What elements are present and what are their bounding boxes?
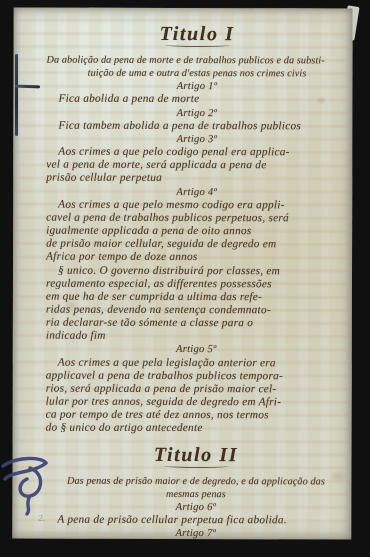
- manuscript-line: vel a pena de morte, será applicada a pe…: [46, 159, 347, 173]
- manuscript-line: lular por tres annos, seguida de degredo…: [46, 396, 347, 410]
- manuscript-line: applicavel a pena de trabalhos publicos …: [46, 369, 347, 383]
- manuscript-line: Aos crimes a que pelo mesmo codigo era a…: [46, 198, 347, 212]
- manuscript-line: ca por tempo de tres até dez annos, nos …: [46, 409, 347, 423]
- manuscript-line: do § unico do artigo antecedente: [46, 422, 347, 436]
- manuscript-line: Artigo 1º: [46, 80, 347, 94]
- manuscript-line: mesmas penas: [45, 487, 346, 501]
- manuscript-line: em que ha de ser cumprida a ultima das r…: [46, 290, 347, 304]
- manuscript-line: Africa por tempo de doze annos: [46, 251, 347, 265]
- manuscript-line: Aos crimes a que pelo codigo penal era a…: [46, 146, 347, 160]
- manuscript-line: Da abolição da pena de morte e de trabal…: [47, 54, 348, 68]
- manuscript-line: Aos crimes a que pela legislação anterio…: [46, 356, 347, 370]
- manuscript-line: § unico. O governo distribuirá por class…: [46, 264, 347, 278]
- manuscript-page: Titulo IDa abolição da pena de morte e d…: [12, 8, 352, 540]
- binding-string-top-vertical: [15, 54, 18, 136]
- manuscript-line: Titulo I: [47, 22, 348, 48]
- manuscript-text: Titulo IDa abolição da pena de morte e d…: [45, 21, 347, 541]
- manuscript-line: Artigo 2º: [46, 106, 347, 120]
- binding-string-bow-icon: [0, 446, 62, 518]
- manuscript-line: Fica tambem abolida a pena de trabalhos …: [46, 119, 347, 133]
- manuscript-line: Artigo 6º: [45, 500, 346, 514]
- manuscript-line: ria declarar-se tão sómente a classe par…: [46, 317, 347, 331]
- manuscript-line: igualmente applicada a pena de oito anno…: [46, 225, 347, 239]
- manuscript-line: indicado fim: [46, 330, 347, 344]
- manuscript-line: A pena de prisão cellular perpetua fica …: [45, 514, 346, 528]
- manuscript-line: Titulo II: [45, 442, 346, 468]
- manuscript-line: rios, será applicada a pena de prisão ma…: [46, 383, 347, 397]
- manuscript-line: tuição de uma e outra d'estas penas nos …: [47, 67, 348, 81]
- manuscript-line: Artigo 3º: [46, 133, 347, 147]
- manuscript-line: Fica abolida a pena de morte: [46, 93, 347, 107]
- manuscript-line: prisão cellular perpetua: [46, 172, 347, 186]
- manuscript-line: cavel a pena de trabalhos publicos perpe…: [46, 212, 347, 226]
- manuscript-line: Artigo 4º: [46, 185, 347, 199]
- manuscript-line: de prisão maior cellular, seguida de deg…: [46, 238, 347, 252]
- photo-frame: Titulo IDa abolição da pena de morte e d…: [0, 0, 370, 557]
- manuscript-line: Das penas de prisão maior e de degredo, …: [45, 474, 346, 488]
- manuscript-line: Artigo 7º: [45, 527, 346, 541]
- manuscript-line: regulamento especial, as differentes pos…: [46, 277, 347, 291]
- manuscript-line: ridas penas, devendo na sentença condemn…: [46, 304, 347, 318]
- manuscript-line: Artigo 5º: [46, 343, 347, 357]
